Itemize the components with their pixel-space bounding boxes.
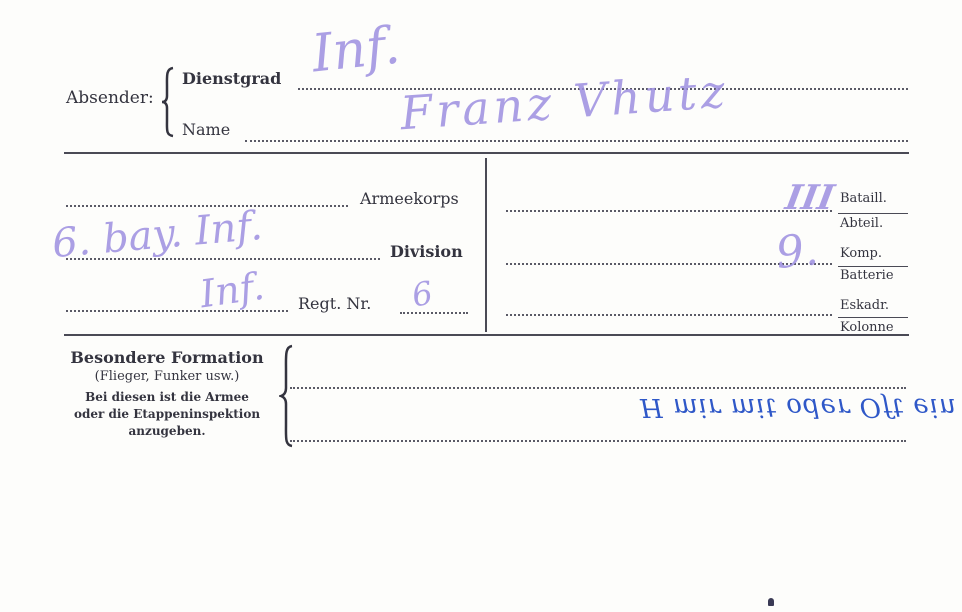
special-formation-note-3: anzugeben.	[58, 423, 276, 440]
special-formation-note-1: Bei diesen ist die Armee	[58, 388, 276, 406]
divider-top	[64, 152, 909, 154]
name-field[interactable]	[245, 140, 908, 142]
company-label: Komp.	[840, 246, 882, 261]
divider-middle	[64, 334, 909, 336]
regiment-prefix-handwriting: Inf.	[197, 264, 267, 317]
regiment-number-field[interactable]	[400, 312, 468, 314]
special-formation-block: Besondere Formation (Flieger, Funker usw…	[58, 348, 276, 440]
special-formation-note-2: oder die Etappeninspektion	[58, 406, 276, 423]
stamp-handwriting: H mir mit oder Oft ein	[640, 392, 957, 422]
regiment-number-handwriting: 6	[409, 274, 436, 315]
squadron-field[interactable]	[506, 314, 832, 316]
special-formation-field-2[interactable]	[290, 440, 906, 442]
rank-handwriting: Inf.	[309, 16, 403, 85]
special-formation-subtitle: (Flieger, Funker usw.)	[58, 368, 276, 386]
battalion-underline	[838, 213, 908, 214]
battalion-label: Bataill.	[840, 191, 887, 206]
special-formation-field-1[interactable]	[290, 387, 906, 389]
special-formation-brace-icon	[279, 344, 295, 448]
battery-label: Batterie	[840, 268, 894, 283]
sender-brace-icon	[160, 66, 176, 138]
column-label: Kolonne	[840, 320, 894, 335]
company-handwriting: 9.	[773, 224, 820, 279]
regiment-label: Regt. Nr.	[298, 294, 371, 313]
sender-label: Absender:	[66, 88, 154, 108]
name-label: Name	[182, 120, 230, 139]
company-underline	[838, 266, 908, 267]
name-handwriting: Franz Vhutz	[399, 64, 731, 141]
rank-label: Dienstgrad	[182, 69, 281, 88]
division-label: Division	[390, 242, 463, 261]
battalion-handwriting: III	[782, 178, 837, 218]
squadron-underline	[838, 317, 908, 318]
special-formation-title: Besondere Formation	[58, 348, 276, 368]
corps-label: Armeekorps	[360, 189, 459, 208]
regiment-prefix-field[interactable]	[66, 310, 288, 312]
abteilung-label: Abteil.	[840, 216, 883, 231]
divider-vertical	[485, 158, 487, 332]
squadron-label: Eskadr.	[840, 298, 889, 313]
ink-mark	[768, 598, 774, 606]
